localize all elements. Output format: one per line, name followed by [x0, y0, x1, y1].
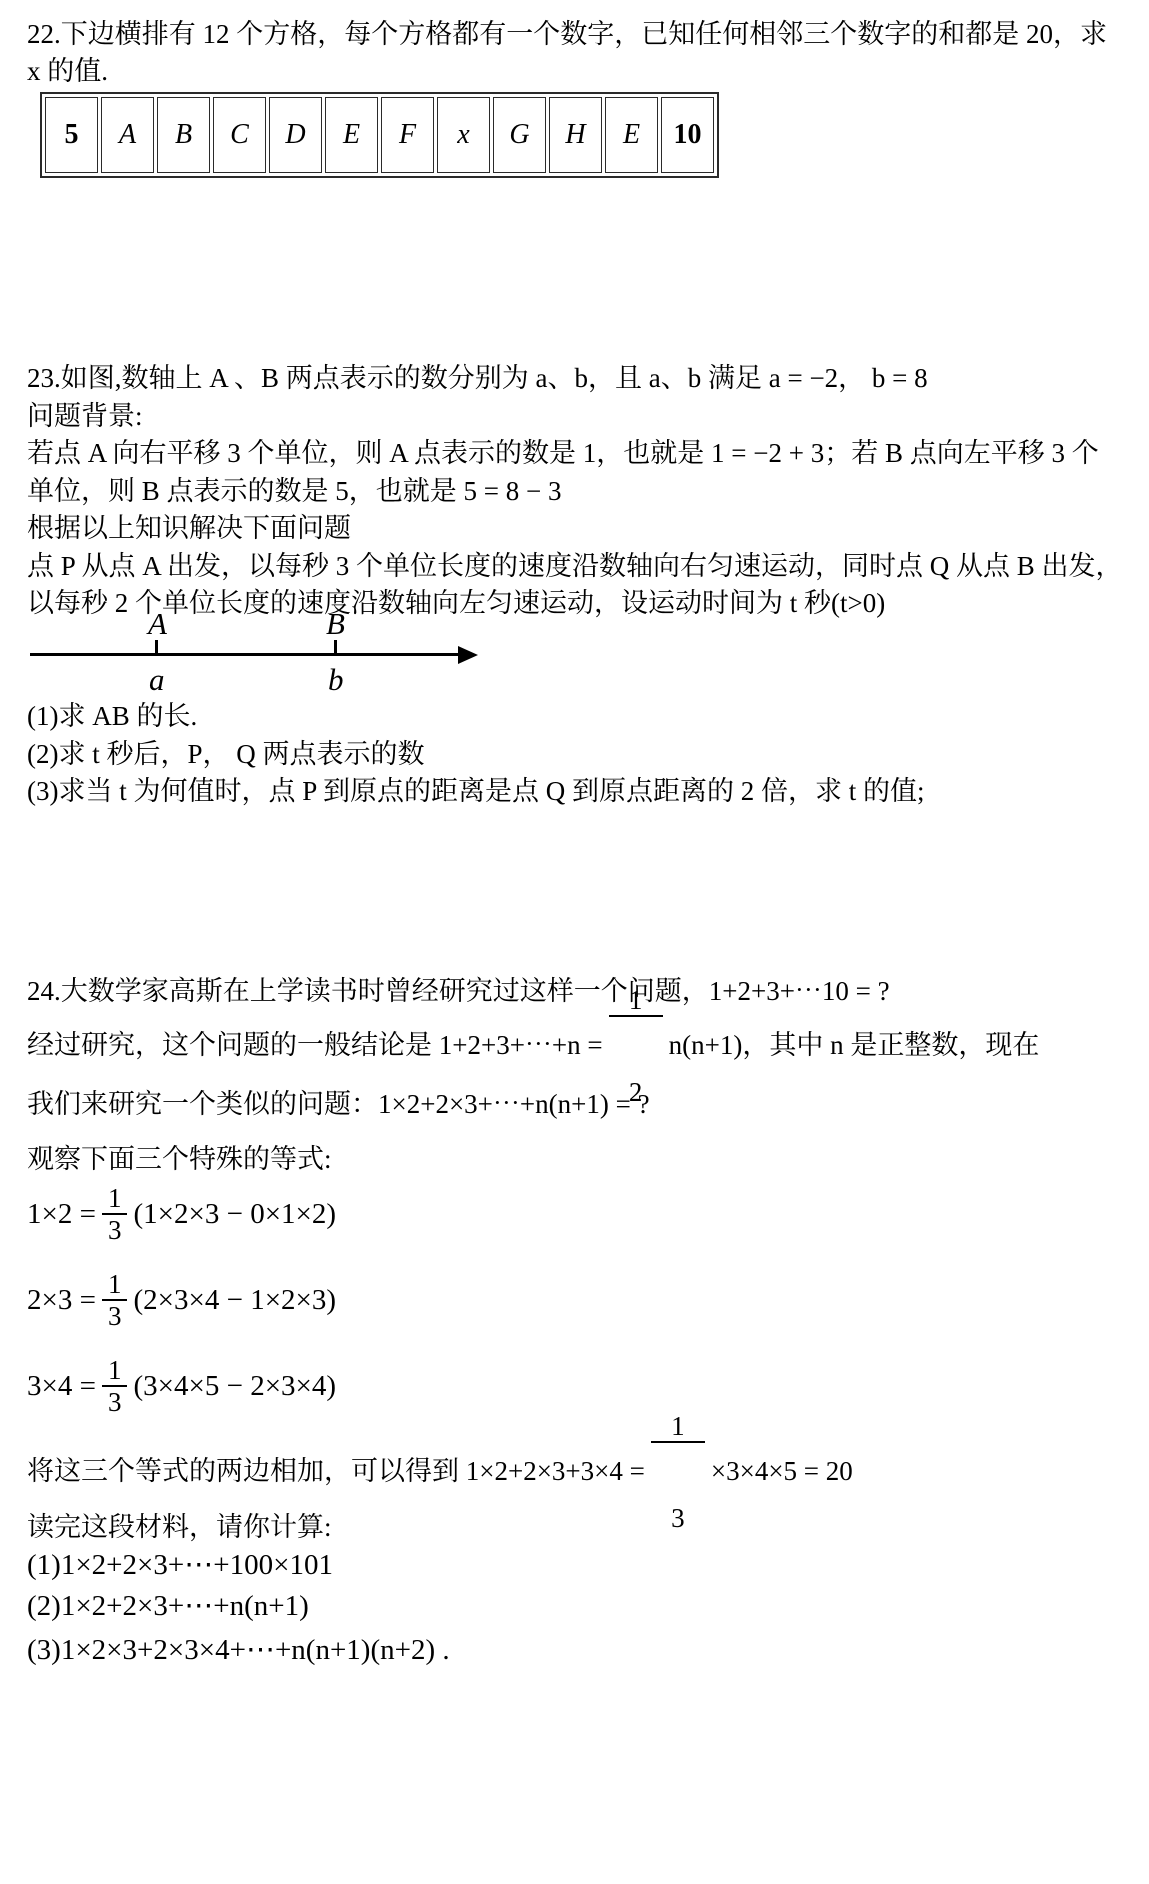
problem23-background-line2: 单位，则 B 点表示的数是 5，也就是 5 = 8 − 3 — [27, 473, 1127, 511]
fraction-one-third: 1 3 — [102, 1183, 128, 1245]
number-line-diagram: A B a b — [30, 606, 490, 700]
problem23-intro: 23.如图,数轴上 A 、B 两点表示的数分别为 a、b，且 a、b 满足 a … — [27, 360, 1127, 398]
problem23-motion-line1: 点 P 从点 A 出发，以每秒 3 个单位长度的速度沿数轴向右匀速运动，同时点 … — [27, 548, 1127, 586]
equation-left: 3×4 = — [27, 1370, 96, 1403]
problem24-general-formula: 经过研究，这个问题的一般结论是 1+2+3+⋯+n = 1 2 n(n+1)，其… — [27, 1010, 1127, 1082]
grid-cell: C — [213, 97, 266, 173]
grid-cell: H — [549, 97, 602, 173]
problem23-block: 23.如图,数轴上 A 、B 两点表示的数分别为 a、b，且 a、b 满足 a … — [27, 360, 1127, 623]
point-b-label: B — [326, 608, 345, 639]
axis-arrowhead-icon — [458, 646, 478, 664]
problem24-observe-label: 观察下面三个特殊的等式: — [27, 1140, 1127, 1178]
grid-cell: x — [437, 97, 490, 173]
special-equation-3: 3×4 = 1 3 (3×4×5 − 2×3×4) — [27, 1350, 1127, 1422]
problem24-calc-3: (3)1×2×3+2×3×4+⋯+n(n+1)(n+2) . — [27, 1628, 1127, 1672]
problem23-instruction: 根据以上知识解决下面问题 — [27, 510, 1127, 548]
point-a-label: A — [148, 608, 167, 639]
fraction-denominator: 3 — [102, 1387, 128, 1417]
grid-cell: E — [325, 97, 378, 173]
grid-cell: E — [605, 97, 658, 173]
value-b-label: b — [328, 664, 344, 695]
problem24-block: 24.大数学家高斯在上学读书时曾经研究过这样一个问题，1+2+3+⋯10 = ?… — [27, 972, 1127, 1672]
problem22-text-line1: 22.下边横排有 12 个方格，每个方格都有一个数字，已知任何相邻三个数字的和都… — [27, 16, 1127, 54]
problem23-background-label: 问题背景: — [27, 398, 1127, 436]
fraction-denominator: 3 — [102, 1215, 128, 1245]
problem23-question-1: (1)求 AB 的长. — [27, 698, 1127, 736]
fraction-numerator: 1 — [651, 1411, 705, 1443]
problem24-calc-1: (1)1×2+2×3+⋯+100×101 — [27, 1546, 1127, 1584]
problem23-questions: (1)求 AB 的长. (2)求 t 秒后，P， Q 两点表示的数 (3)求当 … — [27, 698, 1127, 811]
problem24-similar-problem: 我们来研究一个类似的问题：1×2+2×3+⋯+n(n+1) = ? — [27, 1082, 1127, 1126]
fraction-numerator: 1 — [102, 1183, 128, 1215]
problem22-grid-table: 5 A B C D E F x G H E 10 — [40, 92, 719, 178]
fraction-numerator: 1 — [609, 985, 663, 1017]
fraction-numerator: 1 — [102, 1269, 128, 1301]
problem22-text-line2: x 的值. — [27, 53, 1127, 91]
sum-suffix: ×3×4×5 = 20 — [711, 1453, 853, 1491]
problem24-calc-2: (2)1×2+2×3+⋯+n(n+1) — [27, 1584, 1127, 1628]
value-a-label: a — [149, 664, 165, 695]
problem23-question-3: (3)求当 t 为何值时，点 P 到原点的距离是点 Q 到原点距离的 2 倍，求… — [27, 773, 1127, 811]
grid-cell: 5 — [45, 97, 98, 173]
special-equation-1: 1×2 = 1 3 (1×2×3 − 0×1×2) — [27, 1178, 1127, 1250]
fraction-one-third: 1 3 — [102, 1355, 128, 1417]
formula-prefix: 经过研究，这个问题的一般结论是 1+2+3+⋯+n = — [27, 1027, 603, 1065]
problem24-read-label: 读完这段材料，请你计算: — [27, 1508, 1127, 1546]
fraction-numerator: 1 — [102, 1355, 128, 1387]
grid-cell: D — [269, 97, 322, 173]
document-page: 22.下边横排有 12 个方格，每个方格都有一个数字，已知任何相邻三个数字的和都… — [0, 0, 1149, 1884]
problem23-background-line1: 若点 A 向右平移 3 个单位，则 A 点表示的数是 1，也就是 1 = −2 … — [27, 435, 1127, 473]
equation-right: (2×3×4 − 1×2×3) — [133, 1284, 336, 1317]
fraction-one-third: 1 3 — [102, 1269, 128, 1331]
problem23-question-2: (2)求 t 秒后，P， Q 两点表示的数 — [27, 736, 1127, 774]
special-equation-2: 2×3 = 1 3 (2×3×4 − 1×2×3) — [27, 1264, 1127, 1336]
equation-right: (3×4×5 − 2×3×4) — [133, 1370, 336, 1403]
grid-cell: F — [381, 97, 434, 173]
grid-cell: 10 — [661, 97, 714, 173]
number-line-axis — [30, 653, 462, 656]
equation-left: 2×3 = — [27, 1284, 96, 1317]
grid-row: 5 A B C D E F x G H E 10 — [45, 97, 714, 173]
tick-b — [334, 640, 337, 653]
grid-cell: B — [157, 97, 210, 173]
fraction-one-half: 1 2 — [609, 924, 663, 1168]
sum-prefix: 将这三个等式的两边相加，可以得到 1×2+2×3+3×4 = — [27, 1453, 645, 1491]
problem24-sum-line: 将这三个等式的两边相加，可以得到 1×2+2×3+3×4 = 1 3 ×3×4×… — [27, 1436, 1127, 1508]
fraction-denominator: 3 — [102, 1301, 128, 1331]
grid-cell: A — [101, 97, 154, 173]
fraction-denominator: 3 — [651, 1503, 705, 1533]
formula-suffix: n(n+1)，其中 n 是正整数，现在 — [669, 1027, 1040, 1065]
equation-left: 1×2 = — [27, 1198, 96, 1231]
tick-a — [155, 640, 158, 653]
grid-cell: G — [493, 97, 546, 173]
problem24-intro: 24.大数学家高斯在上学读书时曾经研究过这样一个问题，1+2+3+⋯10 = ? — [27, 972, 1127, 1010]
equation-right: (1×2×3 − 0×1×2) — [133, 1198, 336, 1231]
fraction-one-third: 1 3 — [651, 1350, 705, 1594]
